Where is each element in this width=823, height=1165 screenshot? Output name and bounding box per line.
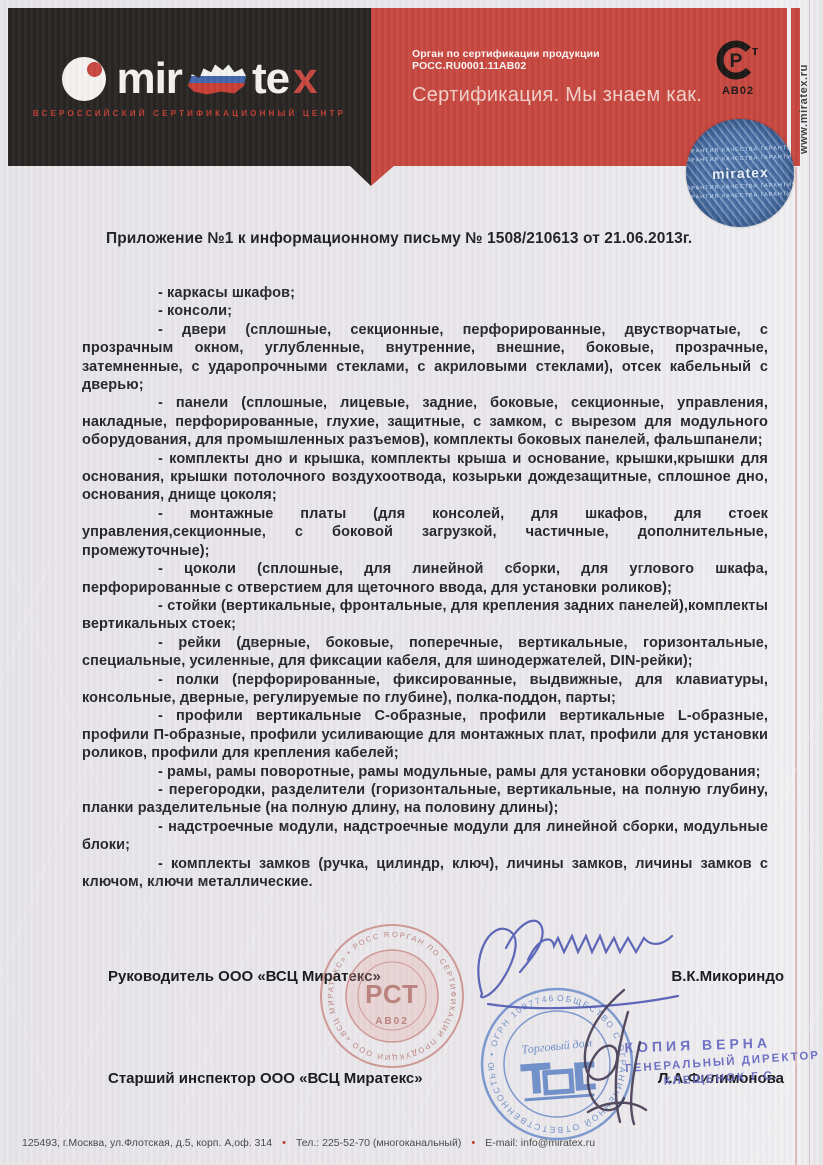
- red-stamp-code: АВ02: [375, 1016, 409, 1027]
- round-stamp-red-icon: ОРГАН ПО СЕРТИФИКАЦИИ ПРОДУКЦИИ ООО «ВСЦ…: [317, 921, 467, 1071]
- slogan: Сертификация. Мы знаем как.: [412, 84, 712, 107]
- round-stamp-blue-icon: ОБЩЕСТВО С ОГРАНИЧЕННОЙ ОТВЕТСТВЕННОСТЬЮ…: [477, 984, 637, 1144]
- rst-mark-icon: Р т: [714, 38, 762, 84]
- logo-letter-x: x: [293, 57, 316, 101]
- signatory-name: В.К.Микориндо: [671, 968, 784, 985]
- footer-address: 125493, г.Москва, ул.Флотская, д.5, корп…: [22, 1137, 272, 1149]
- list-item: - монтажные платы (для консолей, для шка…: [82, 505, 768, 560]
- footer-email: E-mail: info@miratex.ru: [485, 1137, 595, 1149]
- svg-text:ОРГАН ПО СЕРТИФИКАЦИИ ПРОДУКЦИ: ОРГАН ПО СЕРТИФИКАЦИИ ПРОДУКЦИИ ООО «ВСЦ…: [317, 921, 458, 1062]
- bullet-separator: •: [282, 1137, 286, 1149]
- list-item: - каркасы шкафов;: [82, 284, 768, 302]
- list-item: - панели (сплошные, лицевые, задние, бок…: [82, 394, 768, 449]
- signature-role: Руководитель ООО «ВСЦ Миратекс»: [108, 968, 381, 985]
- logo-subtitle: ВСЕРОССИЙСКИЙ СЕРТИФИКАЦИОННЫЙ ЦЕНТР: [33, 109, 346, 118]
- miratex-logo: mir te x ВСЕРОССИЙСКИЙ СЕРТИФИКАЦИОННЫЙ …: [8, 8, 371, 166]
- copy-verna-stamp: КОПИЯ ВЕРНА ГЕНЕРАЛЬНЫЙ ДИРЕКТОР КЛЕЩЕНО…: [624, 1032, 823, 1087]
- list-item: - комплекты дно и крышка, комплекты крыш…: [82, 450, 768, 505]
- signature-row: Руководитель ООО «ВСЦ Миратекс» В.К.Мико…: [108, 968, 784, 985]
- hologram-sticker-icon: ГАРАНТИЯ КАЧЕСТВА ГАРАНТИЯ ГАРАНТИЯ КАЧЕ…: [686, 119, 794, 227]
- footer-phone: Тел.: 225-52-70 (многоканальный): [296, 1137, 461, 1149]
- list-item: - двери (сплошные, секционные, перфориро…: [82, 321, 768, 395]
- list-item: - полки (перфорированные, фиксированные,…: [82, 671, 768, 708]
- list-item: - комплекты замков (ручка, цилиндр, ключ…: [82, 855, 768, 892]
- list-item: - профили вертикальные С-образные, профи…: [82, 707, 768, 762]
- list-item: - рейки (дверные, боковые, поперечные, в…: [82, 634, 768, 671]
- list-item: - цоколи (сплошные, для линейной сборки,…: [82, 560, 768, 597]
- list-item: - рамы, рамы поворотные, рамы модульные,…: [82, 763, 768, 781]
- logo-word-te: te: [252, 57, 289, 101]
- scan-edge-line: [795, 167, 797, 1165]
- blue-stamp-ring-text: ОБЩЕСТВО С ОГРАНИЧЕННОЙ ОТВЕТСТВЕННОСТЬЮ…: [477, 984, 628, 1135]
- list-item: - стойки (вертикальные, фронтальные, для…: [82, 597, 768, 634]
- list-item: - надстроечные модули, надстроечные моду…: [82, 818, 768, 855]
- list-item: - перегородки, разделители (горизонтальн…: [82, 781, 768, 818]
- red-stamp-ring-text: ОРГАН ПО СЕРТИФИКАЦИИ ПРОДУКЦИИ ООО «ВСЦ…: [317, 921, 458, 1062]
- signature-scribble-icon: [468, 908, 693, 1018]
- scan-edge-line: [809, 0, 810, 1165]
- scan-page: mir te x ВСЕРОССИЙСКИЙ СЕРТИФИКАЦИОННЫЙ …: [0, 0, 823, 1165]
- list-item: - консоли;: [82, 302, 768, 320]
- header-tail-black: [349, 165, 371, 186]
- svg-text:т: т: [752, 43, 758, 58]
- russia-map-icon: [186, 60, 248, 98]
- signature-role: Старший инспектор ООО «ВСЦ Миратекс»: [108, 1070, 423, 1087]
- header-tail-red: [371, 165, 395, 186]
- svg-text:ОБЩЕСТВО С ОГРАНИЧЕННОЙ ОТВЕТС: ОБЩЕСТВО С ОГРАНИЧЕННОЙ ОТВЕТСТВЕННОСТЬЮ…: [477, 984, 628, 1135]
- rst-mark: Р т АВ02: [710, 38, 766, 97]
- svg-text:Р: Р: [730, 51, 743, 72]
- blue-stamp-script: Торговый дом: [521, 1035, 593, 1056]
- hologram-brand: miratex: [711, 164, 768, 182]
- logo-word-mir: mir: [116, 57, 181, 101]
- product-list: - каркасы шкафов; - консоли; - двери (сп…: [82, 284, 768, 891]
- bullet-separator: •: [471, 1137, 475, 1149]
- footer: 125493, г.Москва, ул.Флотская, д.5, корп…: [22, 1137, 812, 1149]
- rst-code: АВ02: [710, 85, 766, 97]
- document-title: Приложение №1 к информационному письму №…: [106, 230, 786, 248]
- certification-org-line: Орган по сертификации продукции РОСС.RU0…: [412, 48, 712, 72]
- logo-circle-icon: [62, 57, 106, 101]
